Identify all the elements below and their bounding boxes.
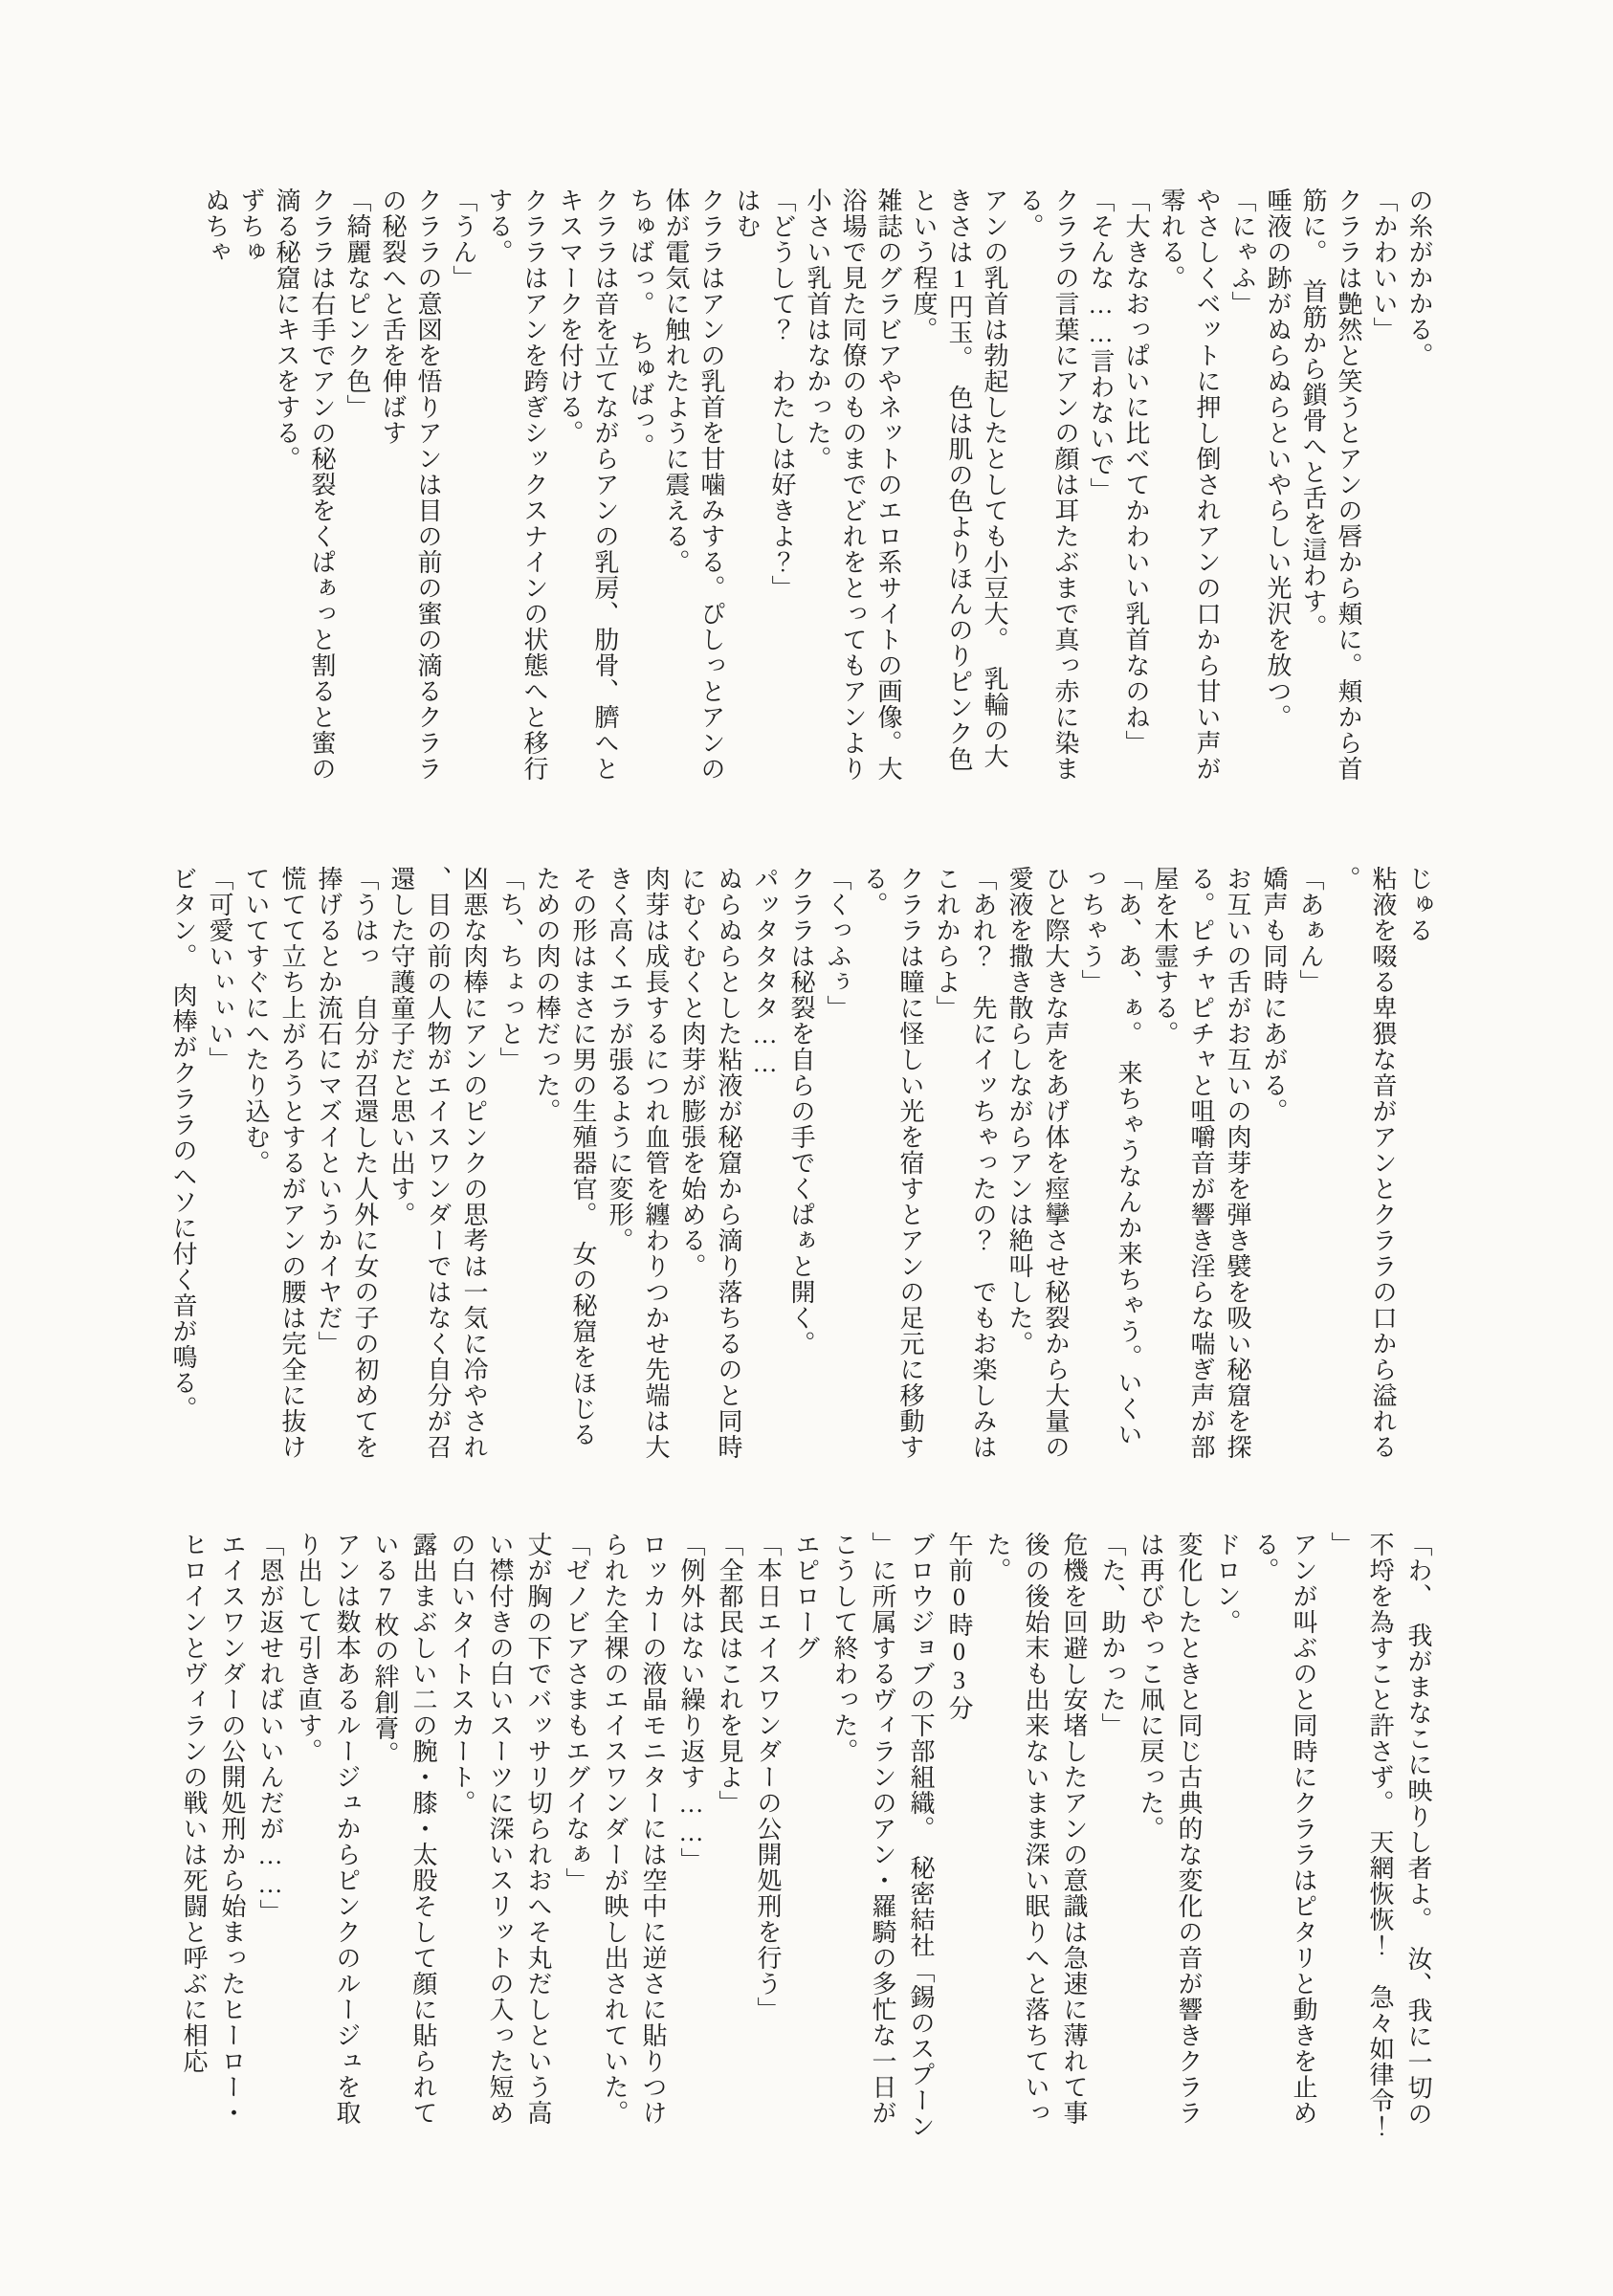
text-line: クララは右手でアンの秘裂をくぱぁっと割ると蜜の滴る秘窟にキスをする。 [269,188,340,790]
text-line: 「例外はない繰り返す……」 [672,1532,710,2140]
text-line: 「本日エイスワンダーの公開処刑を行う」 [748,1532,786,2140]
text-line: ちゅばっ。 ちゅばっ。 [623,188,658,790]
text-line: 「大きなおっぱいに比べてかわいい乳首なのね」 [1118,188,1154,790]
text-line: 「そんな……言わないで」 [1083,188,1118,790]
text-line: その形はまさに男の生殖器官。 女の秘窟をほじるための肉の棒だった。 [528,866,601,1468]
text-line: ぬちゃ [198,188,233,790]
text-line: 慌てて立ち上がろうとするがアンの腰は完全に抜けていてすぐにへたり込む。 [237,866,310,1468]
text-line: ひと際大きな声をあげ体を痙攣させ秘裂から大量の愛液を撒き散らしながらアンは絶叫し… [1001,866,1073,1468]
text-line: 「うはっ 自分が召還した人外に女の子の初めてを捧げるとか流石にマズイというかイヤ… [310,866,383,1468]
scanned-novel-page: の糸がかかる。「かわいい」クララは艶然と笑うとアンの唇から頬に。頬から首筋に。 … [0,0,1613,2296]
text-line: お互いの舌がお互いの肉芽を弾き襞を吸い秘窟を探る。ピチャピチャと咀嚼音が響き淫ら… [1146,866,1255,1468]
text-line: 「どうして？ わたしは好きよ？」 [764,188,800,790]
text-line: はむ [729,188,764,790]
text-line: 「綺麗なピンク色」 [340,188,375,790]
text-line: クララは艶然と笑うとアンの唇から頬に。頬から首筋に。 首筋から鎖骨へと舌を這わす… [1295,188,1366,790]
text-line: 「あぁん」 [1292,866,1328,1468]
text-line: 「かわいい」 [1366,188,1402,790]
text-line: エイスワンダーの公開処刑から始まったヒーロー・ヒロインとヴィランの戦いは死闘と呼… [174,1532,251,2140]
text-band-middle: じゅる粘液を啜る卑猥な音がアンとクララの口から溢れる。「あぁん」嬌声も同時にあが… [165,866,1437,1468]
text-line: 露出まぶしい二の腕・膝・太股そして顔に貼られている7枚の絆創膏。 [365,1532,442,2140]
text-line: やさしくベットに押し倒されアンの口から甘い声が零れる。 [1154,188,1225,790]
text-line: 「にゃふ」 [1225,188,1260,790]
text-line: クララの言葉にアンの顔は耳たぶまで真っ赤に染まる。 [1012,188,1083,790]
text-line: じゅる [1401,866,1437,1468]
text-line: クララはアンの乳首を甘噛みする。ぴしっとアンの体が電気に触れたように震える。 [658,188,729,790]
text-line: 「た、助かった」 [1093,1532,1131,2140]
text-line: クララは音を立てながらアンの乳房、肋骨、臍へとキスマークを付ける。 [552,188,623,790]
text-line: 「うん」 [446,188,481,790]
text-band-bottom: 「わ、 我がまなこに映りし者よ。 汝、我に一切の不埒を為すこと許さず。 天網恢恢… [174,1532,1437,2140]
text-line: ずちゅ [233,188,269,790]
text-line: 凶悪な肉棒にアンのピンクの思考は一気に冷やされ、目の前の人物がエイスワンダーでは… [383,866,492,1468]
text-band-top: の糸がかかる。「かわいい」クララは艶然と笑うとアンの唇から頬に。頬から首筋に。 … [198,188,1437,790]
text-line: 「ち、ちょっと」 [492,866,528,1468]
text-line: ビタン。 肉棒がクララのヘソに付く音が鳴る。 [165,866,201,1468]
text-line: の糸がかかる。 [1402,188,1437,790]
text-line: クララは瞳に怪しい光を宿すとアンの足元に移動する。 [855,866,928,1468]
text-line: 「くっふぅ」 [819,866,855,1468]
text-line: 唾液の跡がぬらぬらといやらしい光沢を放つ。 [1260,188,1295,790]
text-line: パッタタタタ…… [746,866,783,1468]
text-line: ドロン。 [1207,1532,1246,2140]
text-line: 「わ、 我がまなこに映りし者よ。 汝、我に一切の不埒を為すこと許さず。 天網恢恢… [1322,1532,1437,2140]
text-line: エピローグ [786,1532,825,2140]
text-line: アンが叫ぶのと同時にクララはピタリと動きを止める。 [1246,1532,1322,2140]
text-line: ぬらぬらとした粘液が秘窟から滴り落ちるのと同時にむくむくと肉芽が膨張を始める。 [674,866,746,1468]
text-line: 変化したときと同じ古典的な変化の音が響きクララは再びやっこ凧に戻った。 [1131,1532,1207,2140]
text-line: 「あ、あ、ぁ。 来ちゃうなんか来ちゃう。いくいっちゃう」 [1073,866,1146,1468]
text-line: ブロウジョブの下部組織。 秘密結社「錫のスプーン」に所属するヴィランのアン・羅騎… [825,1532,939,2140]
text-line: 粘液を啜る卑猥な音がアンとクララの口から溢れる。 [1328,866,1401,1468]
text-line: ロッカーの液晶モニターには空中に逆さに貼りつけられた全裸のエイスワンダーが映し出… [595,1532,672,2140]
text-line: アンの乳首は勃起したとしても小豆大。 乳輪の大きさは1円玉。 色は肌の色よりほん… [906,188,1012,790]
text-line: 嬌声も同時にあがる。 [1255,866,1292,1468]
text-line: 「可愛いぃぃい」 [201,866,237,1468]
text-line: 肉芽は成長するにつれ血管を纏わりつかせ先端は大きく高くエラが張るように変形。 [601,866,674,1468]
text-line: 危機を回避し安堵したアンの意識は急速に薄れて事後の後始末も出来ないまま深い眠りへ… [978,1532,1093,2140]
text-line: 雑誌のグラビアやネットのエロ系サイトの画像。大浴場で見た同僚のものまでどれをとっ… [800,188,906,790]
text-line: クララは秘裂を自らの手でくぱぁと開く。 [783,866,819,1468]
text-line: 「全都民はこれを見よ」 [710,1532,748,2140]
text-line: 丈が胸の下でバッサリ切られおへそ丸だしという高い襟付きの白いスーツに深いスリット… [442,1532,557,2140]
text-line: クララの意図を悟りアンは目の前の蜜の滴るクララの秘裂へと舌を伸ばす [375,188,446,790]
text-line: 「あれ？ 先にイッちゃったの？ でもお楽しみはこれからよ」 [928,866,1001,1468]
text-line: 「ゼノビアさまもエグイなぁ」 [557,1532,595,2140]
text-line: アンは数本あるルージュからピンクのルージュを取り出して引き直す。 [289,1532,365,2140]
text-line: 午前0時03分 [939,1532,978,2140]
text-line: 「恩が返せればいいんだが……」 [251,1532,289,2140]
text-line: クララはアンを跨ぎシックスナインの状態へと移行する。 [481,188,552,790]
